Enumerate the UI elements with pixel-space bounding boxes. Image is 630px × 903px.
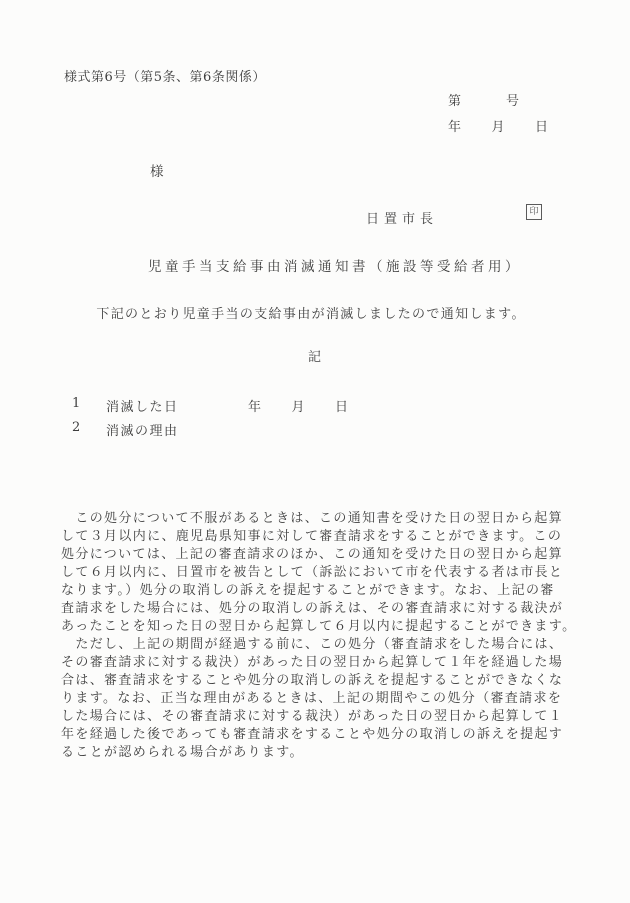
notice-line: 処分については、上記の審査請求のほか、この通知を受けた日の翌日から起算: [61, 546, 581, 564]
form-number-label: 様式第6号（第5条、第6条関係）: [64, 66, 266, 85]
document-page: 様式第6号（第5条、第6条関係） 第 号 年 月 日 様 日置市長 印 児童手当…: [0, 0, 630, 903]
appeal-notice-paragraph: この処分について不服があるときは、この通知書を受けた日の翌日から起算 して３月以…: [61, 510, 581, 762]
notice-line: した場合には、その審査請求に対する裁決）があった日の翌日から起算して１: [61, 708, 581, 726]
notice-line: ります。なお、正当な理由があるときは、上記の期間やこの処分（審査請求を: [61, 690, 581, 708]
notice-line: この処分について不服があるときは、この通知書を受けた日の翌日から起算: [61, 510, 581, 528]
notice-line: 査請求をした場合には、処分の取消しの訴えは、その審査請求に対する裁決が: [61, 600, 581, 618]
seal-mark-icon: 印: [526, 204, 542, 220]
intro-text: 下記のとおり児童手当の支給事由が消滅しましたので通知します。: [82, 303, 526, 322]
addressee-suffix: 様: [150, 160, 164, 180]
document-number-placeholder: 第 号: [448, 90, 521, 109]
section-marker-ki: 記: [0, 346, 630, 365]
notice-line: 合は、審査請求をすることや処分の取消しの訴えを提起することができなくな: [61, 672, 581, 690]
notice-line: その審査請求に対する裁決）があった日の翌日から起算して１年を経過した場: [61, 654, 581, 672]
document-date-placeholder: 年 月 日: [448, 116, 550, 135]
item-label: 消滅した日: [106, 396, 179, 415]
notice-line: あったことを知った日の翌日から起算して６月以内に提起することができます。: [61, 618, 581, 636]
notice-line: ただし、上記の期間が経過する前に、この処分（審査請求をした場合には、: [61, 636, 581, 654]
notice-line: して３月以内に、鹿児島県知事に対して審査請求をすることができます。この: [61, 528, 581, 546]
notice-line: なります。）処分の取消しの訴えを提起することができます。なお、上記の審: [61, 582, 581, 600]
item-number: 1: [72, 396, 80, 411]
notice-line: ることが認められる場合があります。: [61, 744, 581, 762]
item-label: 消滅の理由: [106, 420, 179, 439]
notice-line: して６月以内に、日置市を被告として（訴訟において市を代表する者は市長と: [61, 564, 581, 582]
document-title: 児童手当支給事由消滅通知書（施設等受給者用）: [40, 255, 630, 275]
item-number: 2: [72, 420, 80, 435]
item-value-date-placeholder: 年 月 日: [248, 396, 350, 415]
issuer-name: 日置市長: [366, 208, 438, 227]
notice-line: 年を経過した後であっても審査請求をすることや処分の取消しの訴えを提起す: [61, 726, 581, 744]
